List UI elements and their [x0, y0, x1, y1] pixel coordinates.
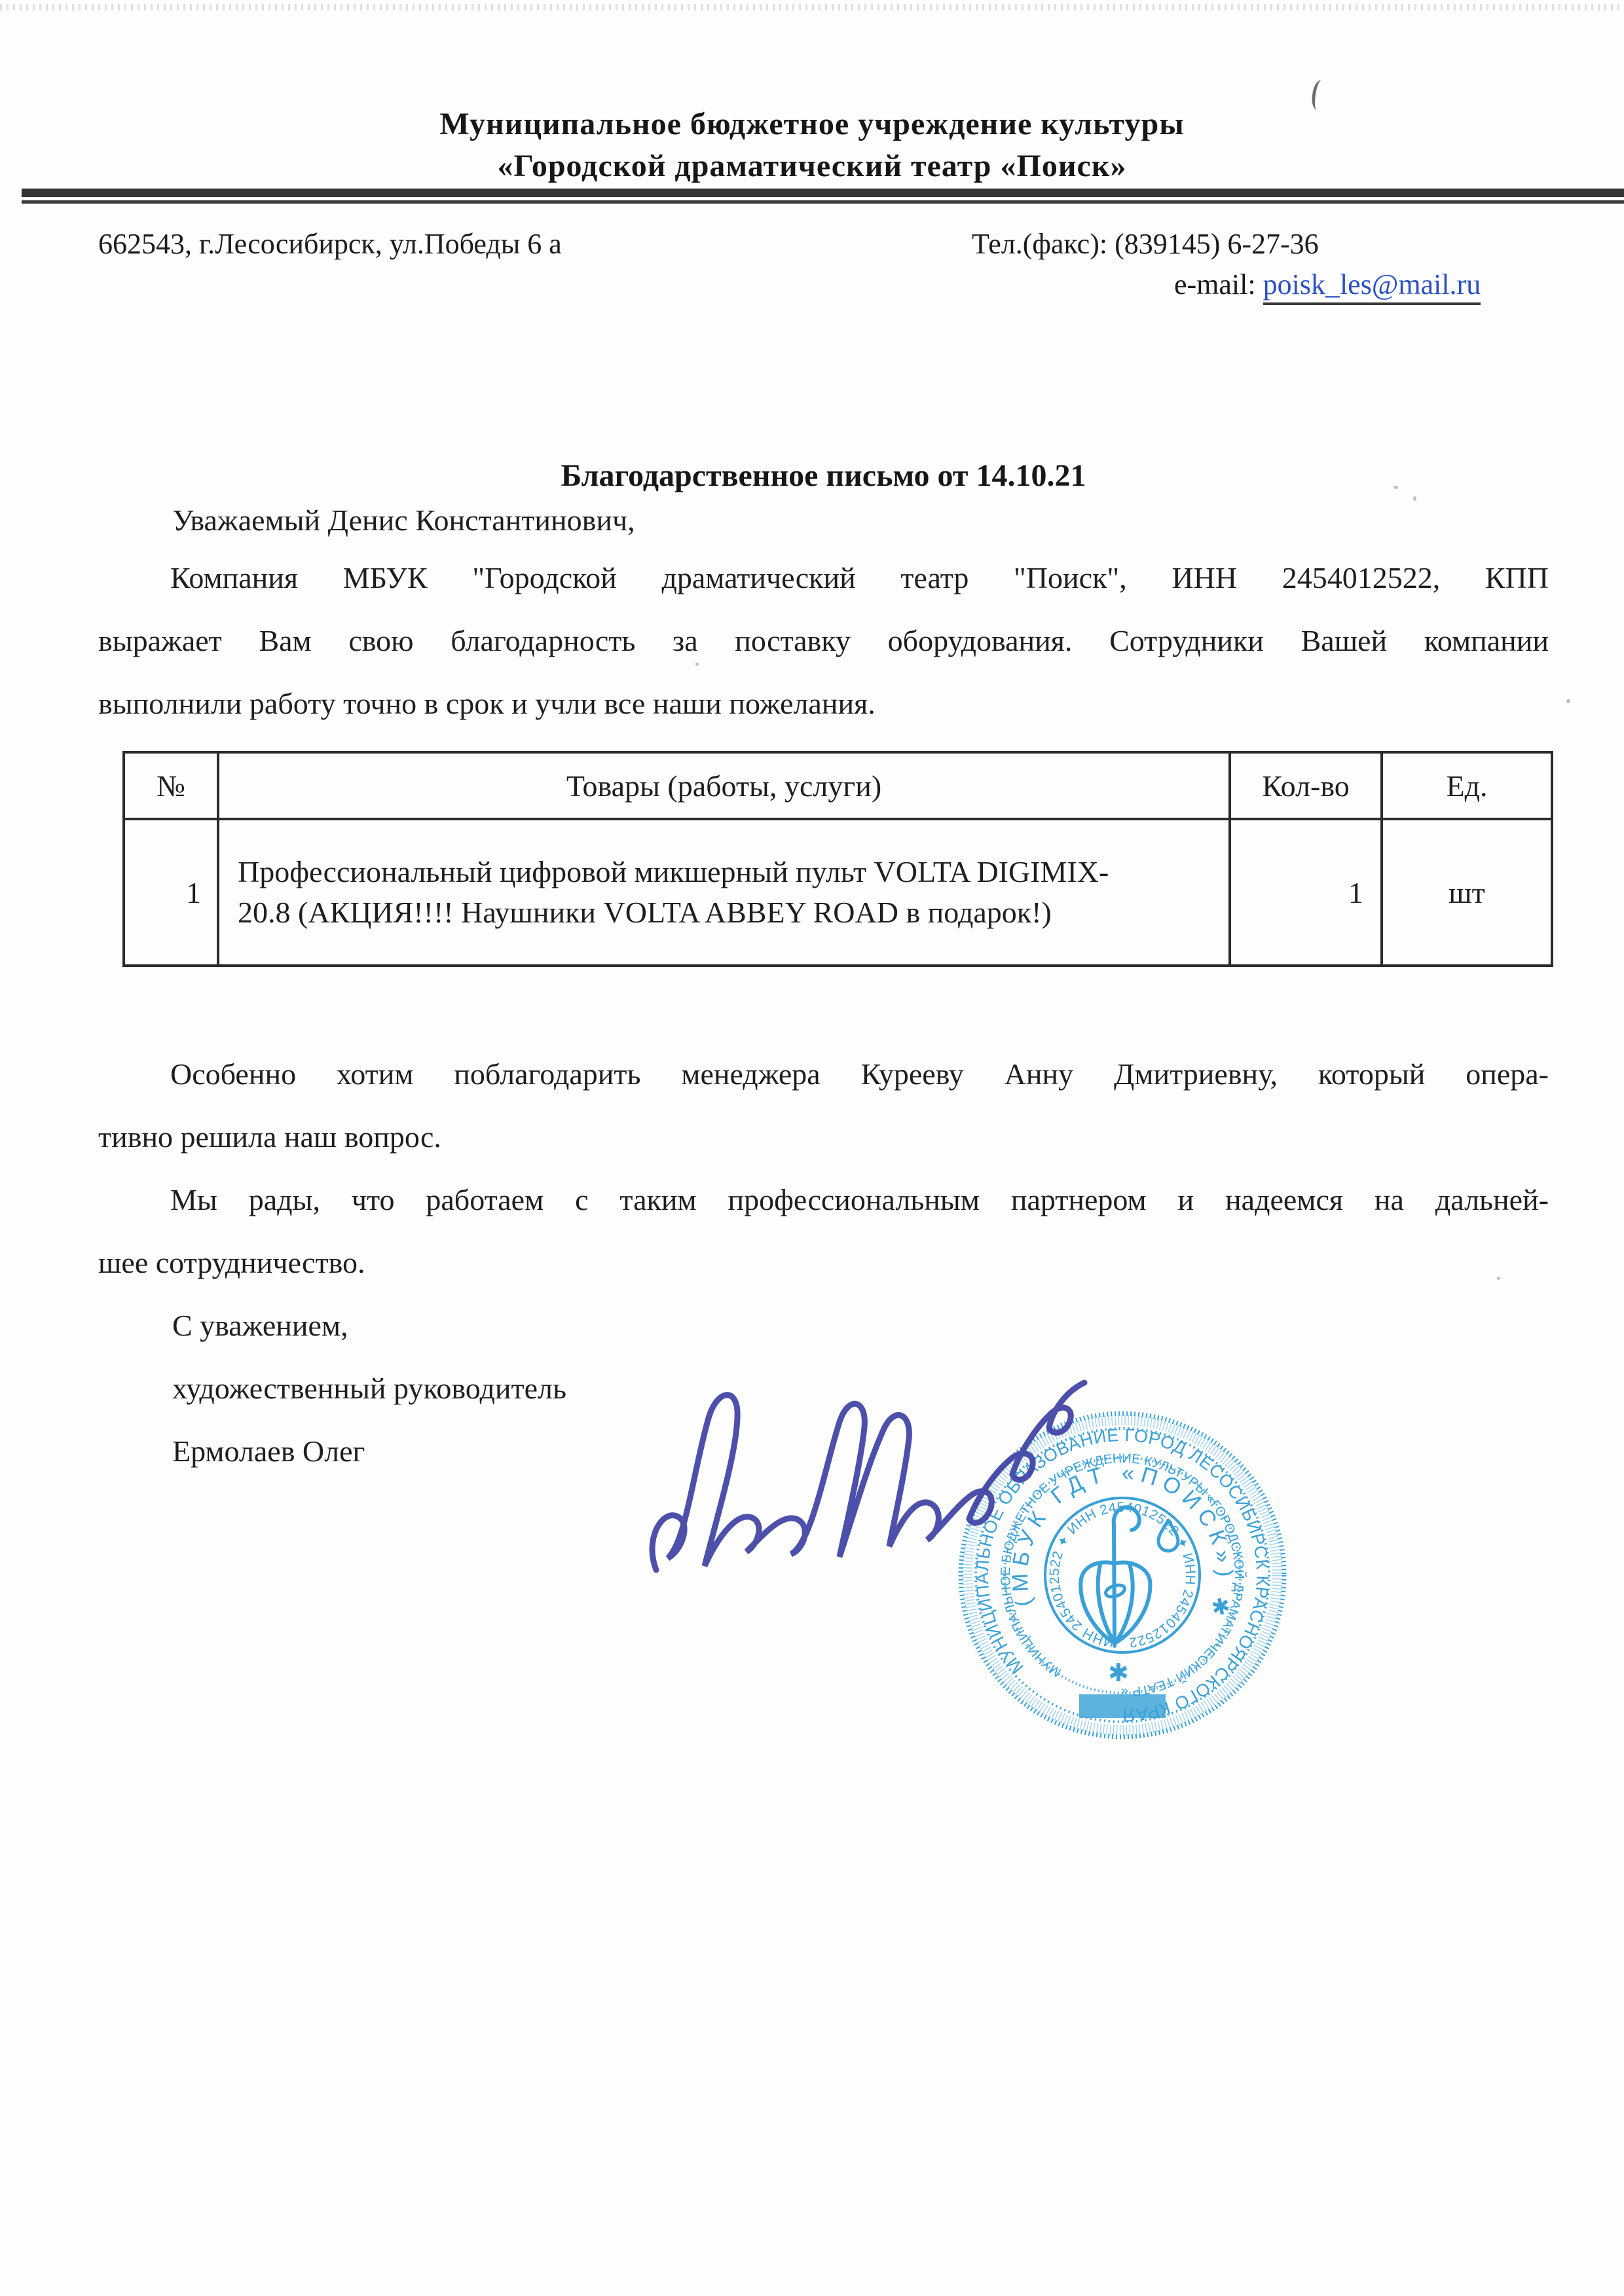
scan-speck	[1566, 699, 1570, 703]
signer-role: художественный руководитель	[172, 1370, 566, 1408]
paragraph1-line1: Компания МБУК "Городской драматический т…	[170, 559, 1549, 597]
col-header-unit: Ед.	[1382, 752, 1552, 819]
item-line2: 20.8 (АКЦИЯ!!!! Наушники VOLTA ABBEY ROA…	[238, 892, 1205, 933]
scan-speck	[695, 663, 699, 666]
stamp-bottom-star: ✱	[1108, 1660, 1129, 1687]
stamp-bottom-band	[1079, 1694, 1166, 1718]
paragraph2-line1: Особенно хотим поблагодарить менеджера К…	[170, 1055, 1549, 1093]
paragraph3-line1: Мы рады, что работаем с таким профессион…	[170, 1181, 1549, 1219]
paragraph2-line2: тивно решила наш вопрос.	[98, 1118, 441, 1156]
paragraph1-line3: выполнили работу точно в срок и учли все…	[98, 685, 876, 723]
handwritten-signature	[609, 1342, 1107, 1604]
letterhead-rule-thin	[22, 200, 1624, 204]
org-email-row: e-mail: poisk_les@mail.ru	[1174, 267, 1481, 302]
goods-table-header-row: № Товары (работы, услуги) Кол-во Ед.	[124, 752, 1552, 819]
goods-table: № Товары (работы, услуги) Кол-во Ед. 1 П…	[122, 751, 1553, 967]
item-line1: Профессиональный цифровой микшерный пуль…	[238, 852, 1205, 892]
email-label: e-mail:	[1174, 268, 1256, 301]
row-number-cell: 1	[124, 819, 218, 966]
email-link[interactable]: poisk_les@mail.ru	[1263, 268, 1481, 305]
letterhead-rule-thick	[22, 189, 1624, 197]
paragraph1-line2: выражает Вам свою благодарность за поста…	[98, 622, 1549, 660]
row-item-cell: Профессиональный цифровой микшерный пуль…	[218, 819, 1230, 966]
col-header-items: Товары (работы, услуги)	[218, 752, 1230, 819]
org-name-line1: Муниципальное бюджетное учреждение культ…	[0, 103, 1624, 145]
scan-noise-band	[0, 4, 1624, 10]
org-name-line2: «Городской драматический театр «Поиск»	[0, 145, 1624, 187]
signer-name: Ермолаев Олег	[172, 1432, 365, 1470]
col-header-qty: Кол-во	[1230, 752, 1382, 819]
scanned-letter-page: Муниципальное бюджетное учреждение культ…	[0, 0, 1624, 2296]
row-qty-cell: 1	[1230, 819, 1382, 966]
row-unit-cell: шт	[1382, 819, 1552, 966]
org-phone: Тел.(факс): (839145) 6-27-36	[972, 227, 1319, 262]
letter-title: Благодарственное письмо от 14.10.21	[98, 457, 1549, 495]
table-row: 1 Профессиональный цифровой микшерный пу…	[124, 819, 1552, 966]
org-address: 662543, г.Лесосибирск, ул.Победы 6 а	[98, 227, 562, 262]
salutation: Уважаемый Денис Константинович,	[172, 501, 635, 539]
closing-line: С уважением,	[172, 1307, 348, 1345]
letterhead: Муниципальное бюджетное учреждение культ…	[0, 103, 1624, 187]
scan-speck	[1497, 1277, 1500, 1280]
paragraph3-line2: шее сотрудничество.	[98, 1244, 365, 1282]
scan-speck	[1413, 496, 1416, 501]
col-header-number: №	[124, 752, 218, 819]
